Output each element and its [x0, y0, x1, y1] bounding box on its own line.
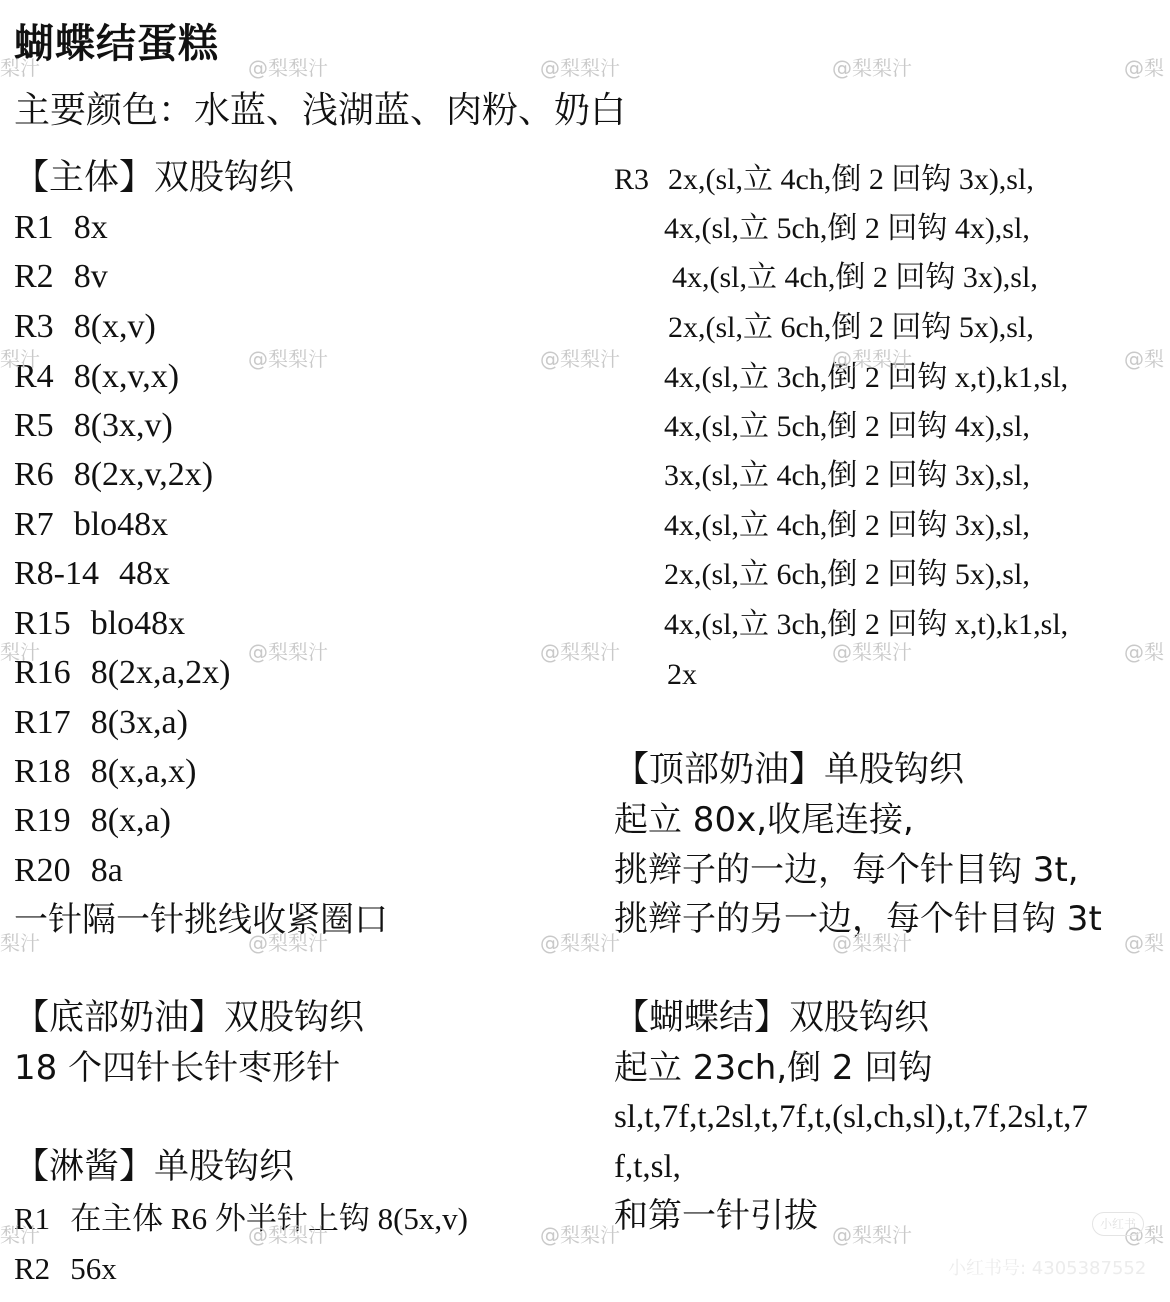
row-label: R20	[14, 851, 71, 891]
r3-line: 4x,(sl,立 4ch,倒 2 回钩 3x),sl,	[664, 506, 1030, 546]
bottom-cream-heading: 【底部奶油】双股钩织	[14, 998, 364, 1038]
body-row: R18x	[14, 208, 108, 248]
row-text: 8(2x,a,2x)	[91, 653, 231, 693]
r3-line: 4x,(sl,立 5ch,倒 2 回钩 4x),sl,	[664, 209, 1030, 249]
row-label: R1	[14, 1199, 50, 1239]
watermark: @梨梨汁	[540, 1219, 620, 1248]
bow-heading: 【蝴蝶结】双股钩织	[614, 998, 929, 1038]
r3-line: 4x,(sl,立 3ch,倒 2 回钩 x,t),k1,sl,	[664, 605, 1068, 645]
bow-line: sl,t,7f,t,2sl,t,7f,t,(sl,ch,sl),t,7f,2sl…	[614, 1097, 1088, 1137]
body-row: R8-1448x	[14, 554, 170, 594]
bottom-cream-text: 18 个四针长针枣形针	[14, 1048, 340, 1088]
bow-line: f,t,sl,	[614, 1147, 681, 1187]
platform-badge: 小红书	[1092, 1212, 1144, 1236]
row-label: R1	[14, 208, 54, 248]
row-text: 56x	[70, 1249, 117, 1289]
body-row: R38(x,v)	[14, 307, 156, 347]
body-row: R188(x,a,x)	[14, 752, 196, 792]
row-text: 48x	[119, 554, 170, 594]
r3-line: 2x,(sl,立 6ch,倒 2 回钩 5x),sl,	[664, 555, 1030, 595]
watermark: @梨梨汁	[540, 636, 620, 665]
body-row: R208a	[14, 851, 123, 891]
row-label: R6	[14, 455, 54, 495]
watermark: @梨梨汁	[832, 52, 912, 81]
row-text: blo48x	[91, 604, 185, 644]
r3-line: 4x,(sl,立 5ch,倒 2 回钩 4x),sl,	[664, 407, 1030, 447]
body-row: R15blo48x	[14, 604, 185, 644]
row-label: R19	[14, 801, 71, 841]
bow-line: 起立 23ch,倒 2 回钩	[614, 1048, 932, 1088]
body-row: R178(3x,a)	[14, 703, 188, 743]
row-label: R8-14	[14, 554, 99, 594]
row-label: R15	[14, 604, 71, 644]
row-text: 8(x,v)	[74, 307, 156, 347]
r3-line: 3x,(sl,立 4ch,倒 2 回钩 3x),sl,	[664, 456, 1030, 496]
drizzle-row: R256x	[14, 1249, 117, 1289]
watermark: @梨梨汁	[540, 927, 620, 956]
main-colors: 主要颜色：水蓝、浅湖蓝、肉粉、奶白	[14, 82, 626, 133]
watermark: @梨梨汁	[248, 52, 328, 81]
r3-line: 2x	[667, 655, 697, 695]
r3-line: 2x,(sl,立 6ch,倒 2 回钩 5x),sl,	[668, 308, 1034, 348]
watermark: @梨梨汁	[832, 1219, 912, 1248]
row-label: R7	[14, 505, 54, 545]
watermark: @梨梨汁	[248, 343, 328, 372]
row-label: R2	[14, 1249, 50, 1289]
row-text: 8(3x,a)	[91, 703, 188, 743]
r3-line: 4x,(sl,立 3ch,倒 2 回钩 x,t),k1,sl,	[664, 358, 1068, 398]
row-text: 8(x,a)	[91, 801, 171, 841]
row-text: 8(x,a,x)	[91, 752, 197, 792]
body-row: R48(x,v,x)	[14, 357, 179, 397]
row-text: 8v	[74, 257, 108, 297]
watermark: @梨梨汁	[540, 343, 620, 372]
row-label: R16	[14, 653, 71, 693]
bow-line: 和第一针引拔	[614, 1196, 818, 1236]
r3-label: R3	[614, 160, 649, 200]
top-cream-line: 起立 80x,收尾连接,	[614, 800, 914, 840]
watermark: @梨	[1124, 636, 1164, 665]
r3-line: 2x,(sl,立 4ch,倒 2 回钩 3x),sl,	[668, 160, 1034, 200]
top-cream-line: 挑辫子的一边，每个针目钩 3t,	[614, 850, 1079, 890]
body-row: R28v	[14, 257, 108, 297]
body-row: R58(3x,v)	[14, 406, 173, 446]
watermark: @梨梨汁	[248, 636, 328, 665]
body-row: R198(x,a)	[14, 801, 171, 841]
row-text: blo48x	[74, 505, 168, 545]
row-label: R5	[14, 406, 54, 446]
top-cream-line: 挑辫子的另一边，每个针目钩 3t	[614, 899, 1102, 939]
top-cream-heading: 【顶部奶油】单股钩织	[614, 750, 964, 790]
drizzle-row: R1在主体 R6 外半针上钩 8(5x,v)	[14, 1199, 468, 1239]
row-label: R4	[14, 357, 54, 397]
page-title: 蝴蝶结蛋糕	[14, 12, 219, 69]
row-label: R18	[14, 752, 71, 792]
watermark: @梨	[1124, 343, 1164, 372]
row-label: R17	[14, 703, 71, 743]
body-closing-note: 一针隔一针挑线收紧圈口	[14, 900, 388, 940]
row-label: R2	[14, 257, 54, 297]
row-text: 8(2x,v,2x)	[74, 455, 213, 495]
row-text: 8x	[74, 208, 108, 248]
row-text: 8(x,v,x)	[74, 357, 179, 397]
body-section-heading: 【主体】双股钩织	[14, 158, 294, 198]
row-text: 8a	[91, 851, 123, 891]
watermark: @梨	[1124, 927, 1164, 956]
row-text: 在主体 R6 外半针上钩 8(5x,v)	[70, 1199, 468, 1239]
body-row: R68(2x,v,2x)	[14, 455, 213, 495]
watermark: @梨梨汁	[540, 52, 620, 81]
row-text: 8(3x,v)	[74, 406, 173, 446]
body-row: R168(2x,a,2x)	[14, 653, 230, 693]
drizzle-heading: 【淋酱】单股钩织	[14, 1147, 294, 1187]
watermark: @梨	[1124, 52, 1164, 81]
r3-line: 4x,(sl,立 4ch,倒 2 回钩 3x),sl,	[672, 258, 1038, 298]
row-label: R3	[14, 307, 54, 347]
account-id-watermark: 小红书号: 4305387552	[948, 1254, 1146, 1280]
body-row: R7blo48x	[14, 505, 168, 545]
